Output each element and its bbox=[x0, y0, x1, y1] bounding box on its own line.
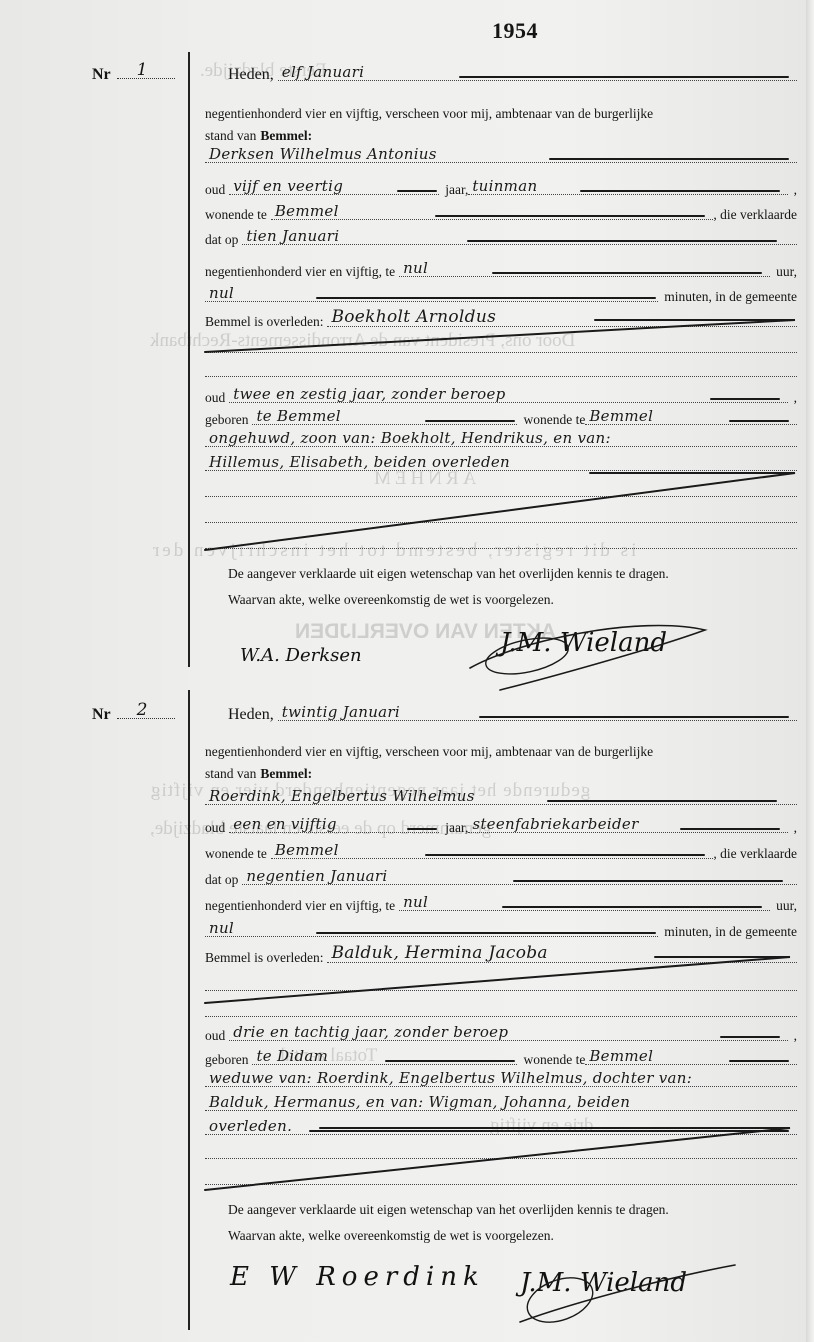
blank-line bbox=[205, 998, 797, 1020]
deceased-details: overleden. bbox=[209, 1117, 292, 1135]
deceased-age-field: twee en zestig jaar, zonder beroep bbox=[229, 384, 787, 403]
minuten-label: minuten, in de gemeente bbox=[658, 289, 797, 305]
declarant-occupation: tuinman bbox=[472, 177, 537, 195]
handwritten-date: twintig Januari bbox=[282, 703, 400, 721]
heden-field: twintig Januari bbox=[278, 702, 797, 721]
margin-rule bbox=[188, 52, 190, 667]
closing-statement: De aangever verklaarde uit eigen wetensc… bbox=[228, 566, 669, 582]
declarant-age: een en vijftig bbox=[233, 815, 337, 833]
minutes-value: nul bbox=[209, 919, 234, 937]
date-of-death-line: dat op negentien Januari bbox=[205, 866, 797, 888]
nr-label: Nr bbox=[92, 66, 111, 83]
deceased-line: Bemmel is overleden: Balduk, Hermina Jac… bbox=[205, 944, 797, 966]
residence-field: Bemmel bbox=[585, 1046, 797, 1065]
details-line: weduwe van: Roerdink, Engelbertus Wilhel… bbox=[205, 1068, 797, 1090]
comma: , bbox=[788, 390, 797, 406]
intro-text: negentienhonderd vier en vijftig, versch… bbox=[205, 744, 657, 760]
register-page: Eerste bladzijde. Door ons, President va… bbox=[0, 0, 814, 1342]
municipality-bold: Bemmel: bbox=[260, 128, 316, 144]
blank-line bbox=[205, 478, 797, 500]
record-number-value: 2 bbox=[137, 700, 148, 720]
deceased-age-occupation: drie en tachtig jaar, zonder beroep bbox=[233, 1023, 508, 1041]
intro-text: negentienhonderd vier en vijftig, versch… bbox=[205, 106, 657, 122]
residence-line: wonende te Bemmel , die verklaarde bbox=[205, 201, 797, 223]
deceased-age-line: oud twee en zestig jaar, zonder beroep , bbox=[205, 384, 797, 406]
deceased-residence: Bemmel bbox=[589, 1047, 653, 1065]
residence-field: Bemmel bbox=[585, 406, 797, 425]
minutes-field: nul bbox=[205, 918, 658, 937]
birthplace-field: te Didam bbox=[252, 1046, 517, 1065]
wonende-te-label: wonende te bbox=[517, 412, 585, 428]
details-line: ongehuwd, zoon van: Boekholt, Hendrikus,… bbox=[205, 428, 797, 450]
details-field: ongehuwd, zoon van: Boekholt, Hendrikus,… bbox=[205, 428, 797, 447]
die-verklaarde-label: , die verklaarde bbox=[713, 207, 797, 223]
hour-line: negentienhonderd vier en vijftig, te nul… bbox=[205, 892, 797, 914]
deceased-age-occupation: twee en zestig jaar, zonder beroep bbox=[233, 385, 505, 403]
details-field: Hillemus, Elisabeth, beiden overleden bbox=[205, 452, 797, 471]
record-number: Nr2 bbox=[92, 704, 175, 724]
minutes-line: nul minuten, in de gemeente bbox=[205, 283, 797, 305]
overleden-label: Bemmel is overleden: bbox=[205, 950, 327, 966]
minutes-value: nul bbox=[209, 284, 234, 302]
declarant-line: Roerdink, Engelbertus Wilhelmus bbox=[205, 786, 797, 808]
details-field: weduwe van: Roerdink, Engelbertus Wilhel… bbox=[205, 1068, 797, 1087]
declarant-residence-field: Bemmel bbox=[271, 201, 714, 220]
details-line: Balduk, Hermanus, en van: Wigman, Johann… bbox=[205, 1092, 797, 1114]
heden-line: Heden, twintig Januari bbox=[228, 702, 797, 724]
deceased-details: Balduk, Hermanus, en van: Wigman, Johann… bbox=[209, 1093, 630, 1111]
declarant-occupation: steenfabriekarbeider bbox=[472, 815, 638, 833]
declarant-signature: W.A. Derksen bbox=[240, 645, 362, 666]
deceased-name: Boekholt Arnoldus bbox=[331, 307, 496, 327]
details-line: Hillemus, Elisabeth, beiden overleden bbox=[205, 452, 797, 474]
register-year: 1954 bbox=[492, 18, 538, 44]
record-number: Nr1 bbox=[92, 64, 175, 84]
uur-label: uur, bbox=[770, 898, 797, 914]
intro-line: negentienhonderd vier en vijftig, versch… bbox=[205, 738, 797, 760]
birthplace: te Didam bbox=[256, 1047, 328, 1065]
year-te-label: negentienhonderd vier en vijftig, te bbox=[205, 264, 399, 280]
geboren-label: geboren bbox=[205, 1052, 252, 1068]
heden-label: Heden, bbox=[228, 706, 278, 724]
declarant-residence: Bemmel bbox=[275, 841, 339, 859]
birthplace-field: te Bemmel bbox=[252, 406, 517, 425]
oud-label: oud bbox=[205, 820, 229, 836]
heden-line: Heden, elf Januari bbox=[228, 62, 797, 84]
stand-van-text: stand van bbox=[205, 128, 260, 144]
deceased-details: ongehuwd, zoon van: Boekholt, Hendrikus,… bbox=[209, 429, 611, 447]
details-field: Balduk, Hermanus, en van: Wigman, Johann… bbox=[205, 1092, 797, 1111]
details-field: overleden. bbox=[205, 1116, 797, 1135]
date-of-death: tien Januari bbox=[246, 227, 339, 245]
intro-line: negentienhonderd vier en vijftig, versch… bbox=[205, 100, 797, 122]
deceased-age-line: oud drie en tachtig jaar, zonder beroep … bbox=[205, 1022, 797, 1044]
deceased-details: weduwe van: Roerdink, Engelbertus Wilhel… bbox=[209, 1069, 692, 1087]
closing-statement: Waarvan akte, welke overeenkomstig de we… bbox=[228, 592, 554, 608]
margin-rule bbox=[188, 690, 190, 1330]
date-of-death-field: tien Januari bbox=[242, 226, 797, 245]
deceased-name: Balduk, Hermina Jacoba bbox=[331, 943, 547, 963]
overleden-label: Bemmel is overleden: bbox=[205, 314, 327, 330]
birthplace: te Bemmel bbox=[256, 407, 340, 425]
blank-line bbox=[205, 530, 797, 552]
hour-field: nul bbox=[399, 258, 770, 277]
declarant-field: Derksen Wilhelmus Antonius bbox=[205, 144, 797, 163]
deceased-age-field: drie en tachtig jaar, zonder beroep bbox=[229, 1022, 787, 1041]
record-number-value: 1 bbox=[137, 60, 148, 80]
hour-line: negentienhonderd vier en vijftig, te nul… bbox=[205, 258, 797, 280]
official-signature: J.M. Wieland bbox=[520, 1268, 687, 1298]
deceased-field: Balduk, Hermina Jacoba bbox=[327, 944, 797, 963]
age-occupation-line: oud een en vijftig jaar, steenfabriekarb… bbox=[205, 814, 797, 836]
page-edge-shadow bbox=[806, 0, 814, 1342]
jaar-label: jaar, bbox=[439, 182, 468, 198]
minutes-line: nul minuten, in de gemeente bbox=[205, 918, 797, 940]
dat-op-label: dat op bbox=[205, 872, 242, 888]
blank-line bbox=[205, 1140, 797, 1162]
dat-op-label: dat op bbox=[205, 232, 242, 248]
blank-line bbox=[205, 334, 797, 356]
hour-field: nul bbox=[399, 892, 770, 911]
date-of-death-line: dat op tien Januari bbox=[205, 226, 797, 248]
hour-value: nul bbox=[403, 893, 428, 911]
blank-line bbox=[205, 1166, 797, 1188]
declarant-residence: Bemmel bbox=[275, 202, 339, 220]
deceased-field: Boekholt Arnoldus bbox=[327, 308, 797, 327]
stand-van-text: stand van bbox=[205, 766, 260, 782]
blank-line bbox=[205, 972, 797, 994]
declarant-name: Roerdink, Engelbertus Wilhelmus bbox=[209, 787, 475, 805]
birth-line: geboren te Didam wonende te Bemmel bbox=[205, 1046, 797, 1068]
heden-field: elf Januari bbox=[278, 62, 797, 81]
date-of-death: negentien Januari bbox=[246, 867, 387, 885]
uur-label: uur, bbox=[770, 264, 797, 280]
declarant-age-field: een en vijftig bbox=[229, 814, 439, 833]
residence-line: wonende te Bemmel , die verklaarde bbox=[205, 840, 797, 862]
date-of-death-field: negentien Januari bbox=[242, 866, 797, 885]
wonende-te-label: wonende te bbox=[205, 207, 271, 223]
details-line: overleden. bbox=[205, 1116, 797, 1138]
declarant-signature: E W Roerdink bbox=[230, 1262, 485, 1292]
jaar-label: jaar, bbox=[439, 820, 468, 836]
geboren-label: geboren bbox=[205, 412, 252, 428]
deceased-line: Bemmel is overleden: Boekholt Arnoldus bbox=[205, 308, 797, 330]
blank-line bbox=[205, 504, 797, 526]
wonende-te-label: wonende te bbox=[517, 1052, 585, 1068]
declarant-age: vijf en veertig bbox=[233, 177, 343, 195]
oud-label: oud bbox=[205, 1028, 229, 1044]
oud-label: oud bbox=[205, 182, 229, 198]
declarant-field: Roerdink, Engelbertus Wilhelmus bbox=[205, 786, 797, 805]
closing-statement: Waarvan akte, welke overeenkomstig de we… bbox=[228, 1228, 554, 1244]
blank-line bbox=[205, 358, 797, 380]
minutes-field: nul bbox=[205, 283, 658, 302]
comma: , bbox=[788, 182, 797, 198]
declarant-line: Derksen Wilhelmus Antonius bbox=[205, 144, 797, 166]
year-te-label: negentienhonderd vier en vijftig, te bbox=[205, 898, 399, 914]
declarant-occupation-field: steenfabriekarbeider bbox=[468, 814, 787, 833]
official-signature: J.M. Wieland bbox=[500, 628, 667, 658]
handwritten-date: elf Januari bbox=[282, 63, 364, 81]
comma: , bbox=[788, 1028, 797, 1044]
hour-value: nul bbox=[403, 259, 428, 277]
deceased-details: Hillemus, Elisabeth, beiden overleden bbox=[209, 453, 510, 471]
declarant-age-field: vijf en veertig bbox=[229, 176, 439, 195]
stand-line: stand van Bemmel: bbox=[205, 122, 797, 144]
stand-line: stand van Bemmel: bbox=[205, 760, 797, 782]
birth-line: geboren te Bemmel wonende te Bemmel bbox=[205, 406, 797, 428]
declarant-name: Derksen Wilhelmus Antonius bbox=[209, 145, 437, 163]
closing-statement: De aangever verklaarde uit eigen wetensc… bbox=[228, 1202, 669, 1218]
heden-label: Heden, bbox=[228, 66, 278, 84]
wonende-te-label: wonende te bbox=[205, 846, 271, 862]
age-occupation-line: oud vijf en veertig jaar, tuinman , bbox=[205, 176, 797, 198]
comma: , bbox=[788, 820, 797, 836]
minuten-label: minuten, in de gemeente bbox=[658, 924, 797, 940]
deceased-residence: Bemmel bbox=[589, 407, 653, 425]
oud-label: oud bbox=[205, 390, 229, 406]
declarant-occupation-field: tuinman bbox=[468, 176, 787, 195]
declarant-residence-field: Bemmel bbox=[271, 840, 714, 859]
nr-label: Nr bbox=[92, 706, 111, 723]
municipality-bold: Bemmel: bbox=[260, 766, 316, 782]
die-verklaarde-label: , die verklaarde bbox=[713, 846, 797, 862]
